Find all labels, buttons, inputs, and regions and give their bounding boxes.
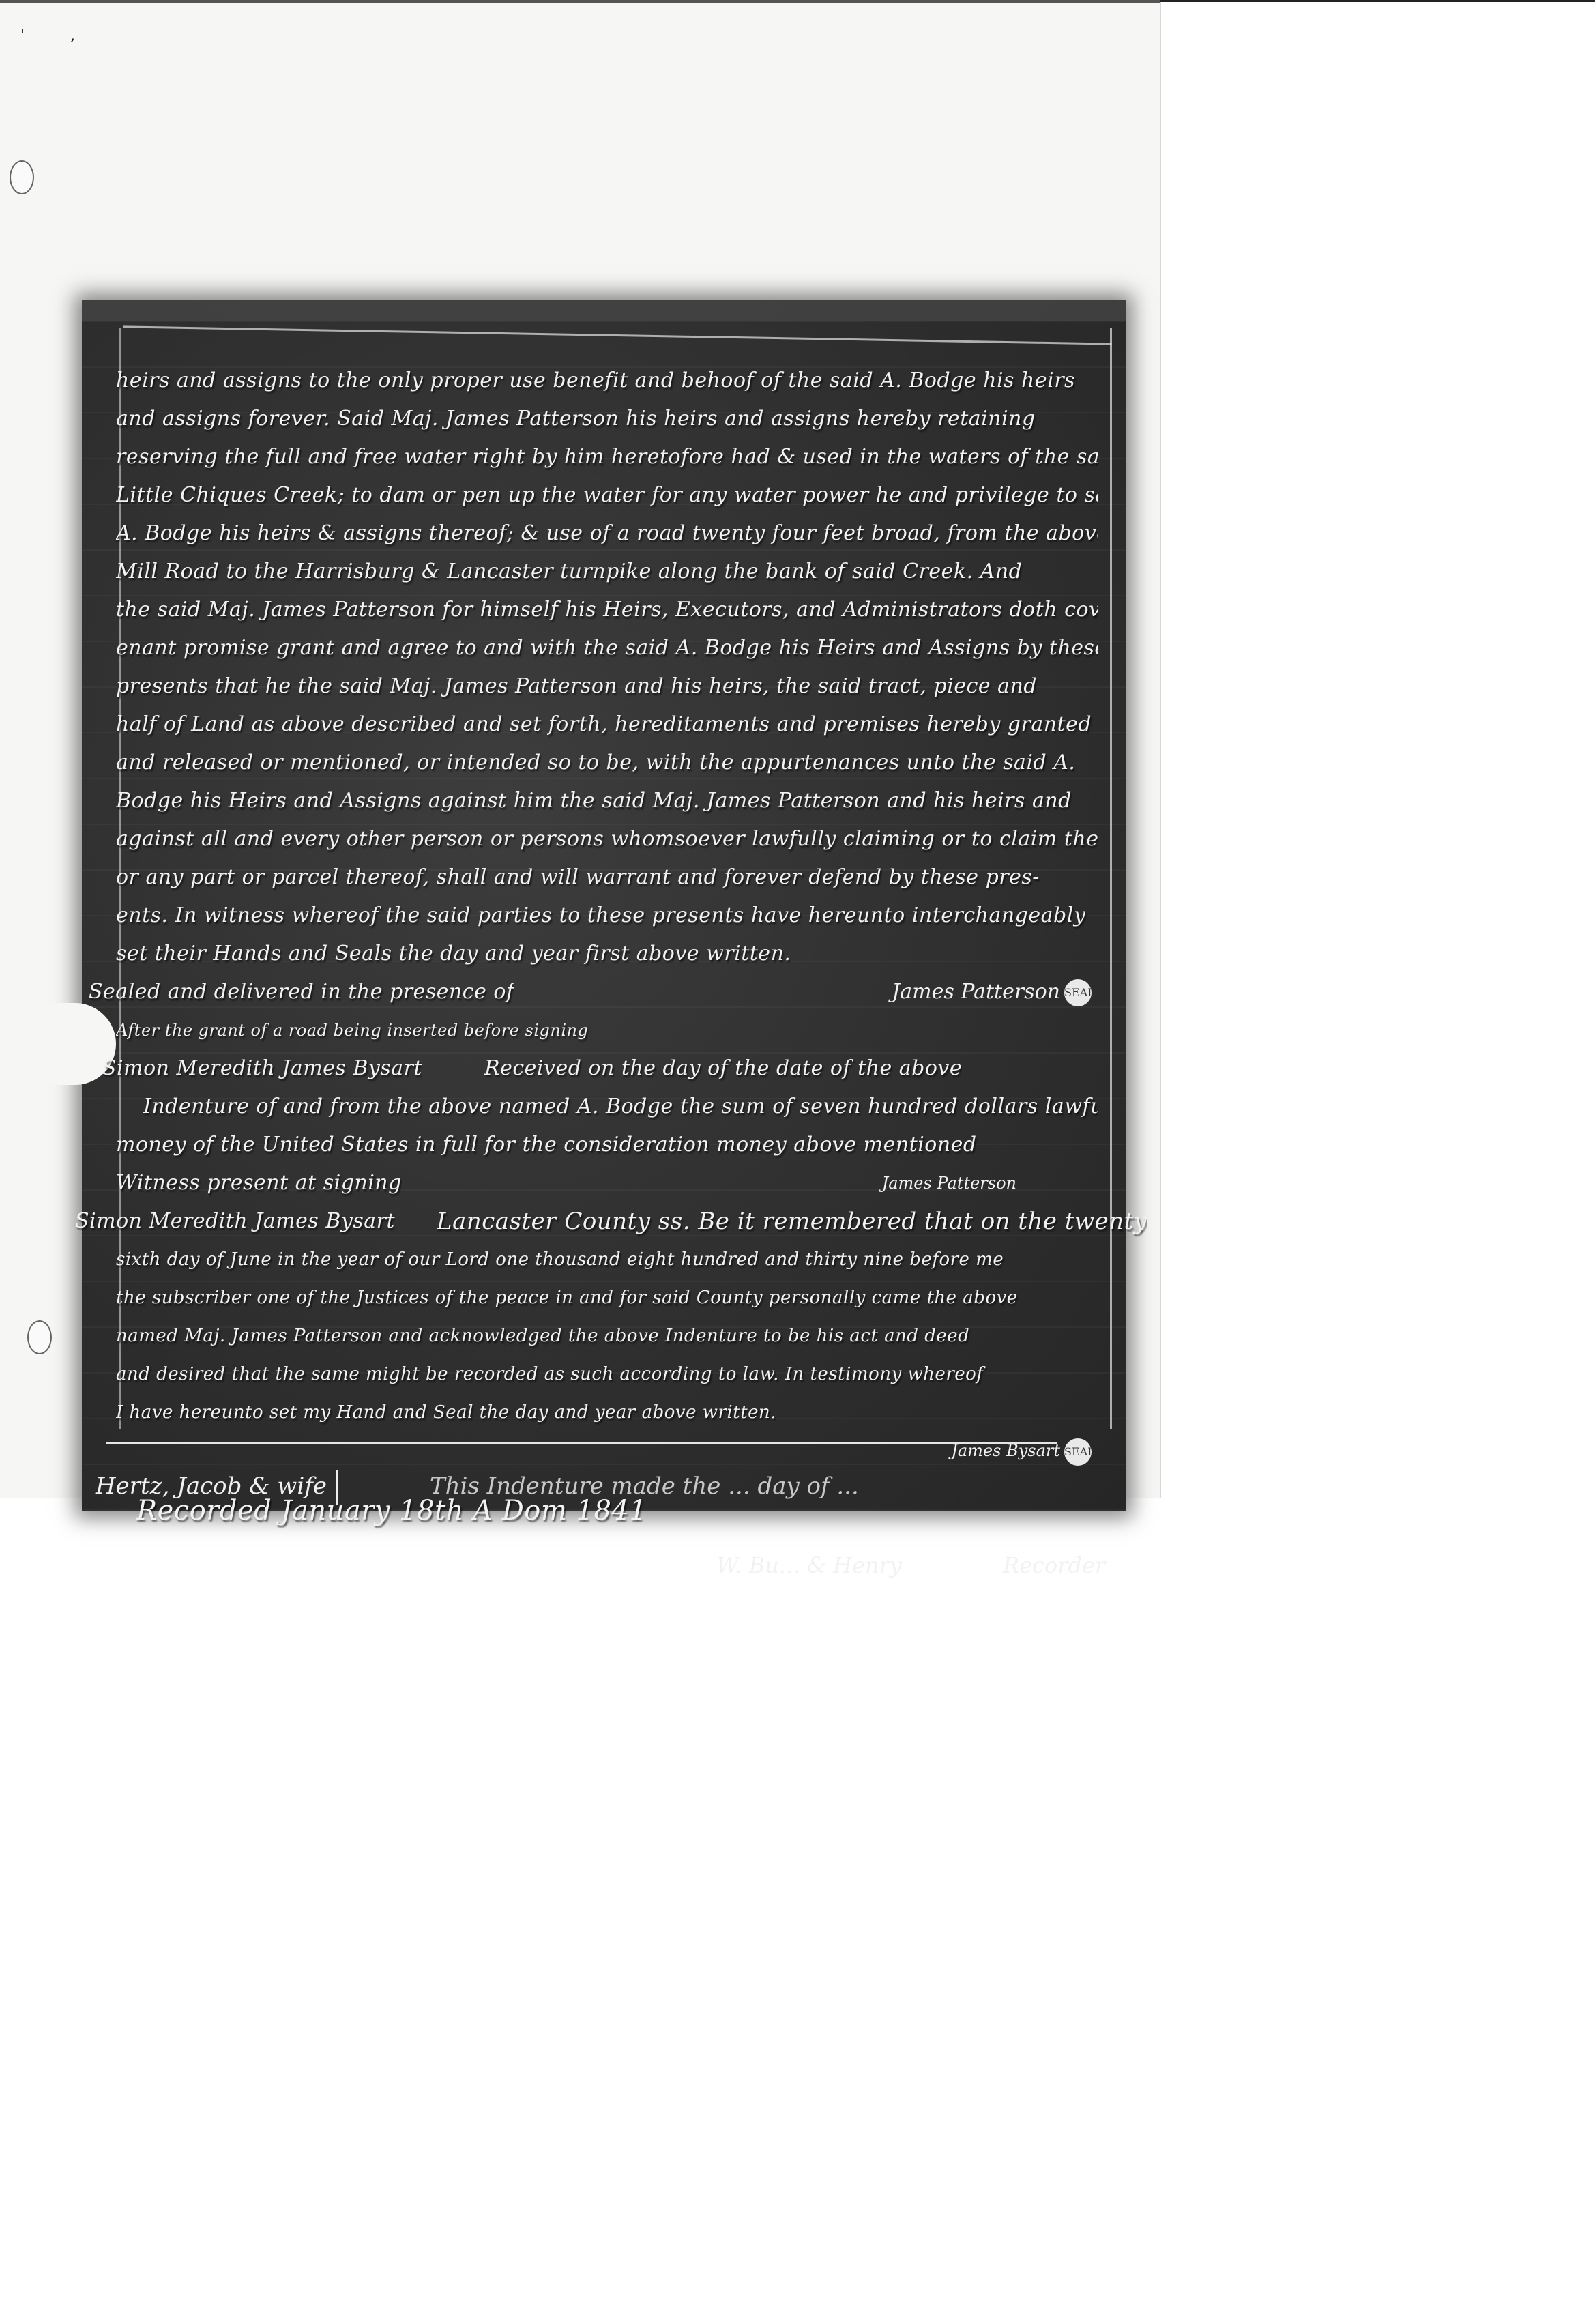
deed-line: and released or mentioned, or intended s… [116, 744, 1098, 782]
acknowledgment-line: the subscriber one of the Justices of th… [116, 1279, 1098, 1317]
receipt-line: Indenture of and from the above named A.… [116, 1088, 1098, 1126]
witness-note: After the grant of a road being inserted… [116, 1011, 1098, 1049]
binder-hole-top [10, 160, 34, 194]
receipt-line: money of the United States in full for t… [116, 1126, 1098, 1164]
deed-line: presents that he the said Maj. James Pat… [116, 667, 1098, 706]
recorder-row: W. Bu... & Henry Recorder [116, 1538, 1098, 1593]
binder-hole-bottom [27, 1320, 52, 1354]
deed-line: set their Hands and Seals the day and ye… [116, 935, 1098, 973]
ruled-margin-right [1110, 328, 1112, 1429]
grantor-signature-row: Sealed and delivered in the presence of … [116, 973, 1098, 1011]
acknowledgment-line: sixth day of June in the year of our Lor… [116, 1240, 1098, 1279]
grantor-name: James Patterson [892, 980, 1060, 1004]
photostat-deed-record: heirs and assigns to the only proper use… [82, 300, 1126, 1511]
recorder-name: W. Bu... & Henry [716, 1538, 902, 1593]
acknowledgment-line: and desired that the same might be recor… [116, 1355, 1098, 1393]
deed-line: half of Land as above described and set … [116, 706, 1098, 744]
scanned-page: ' , heirs and assigns to the only proper… [0, 0, 1161, 1498]
deed-line: against all and every other person or pe… [116, 820, 1098, 858]
grantor-signature: James PattersonSEAL [892, 973, 1092, 1011]
scan-specks: ' , [20, 27, 96, 44]
sealed-delivered-text: Sealed and delivered in the presence of [89, 973, 514, 1011]
next-entry: Hertz, Jacob & wifeThis Indenture made t… [96, 1470, 859, 1505]
deed-line: or any part or parcel thereof, shall and… [116, 858, 1098, 897]
receipt-signature-row: Witness present at signing James Patters… [116, 1164, 1098, 1202]
acknowledgment-line: named Maj. James Patterson and acknowled… [116, 1317, 1098, 1355]
next-entry-start: This Indenture made the ... day of ... [430, 1472, 859, 1500]
seal-icon: SEAL [1064, 979, 1092, 1006]
deed-line: Little Chiques Creek; to dam or pen up t… [116, 476, 1098, 514]
next-entry-names: Hertz, Jacob & wife [96, 1472, 327, 1500]
deed-line: Bodge his Heirs and Assigns against him … [116, 782, 1098, 820]
justice-name: James Bysart [951, 1441, 1060, 1460]
deed-line: A. Bodge his heirs & assigns thereof; & … [116, 514, 1098, 553]
deed-line: heirs and assigns to the only proper use… [116, 362, 1098, 400]
deed-line: reserving the full and free water right … [116, 438, 1098, 476]
witness-row: Simon Meredith James Bysart Received on … [116, 1049, 1098, 1088]
witness-present-text: Witness present at signing [116, 1164, 402, 1202]
deed-line: enant promise grant and agree to and wit… [116, 629, 1098, 667]
justice-signature-row: James BysartSEAL [116, 1432, 1098, 1470]
scanner-edge [1160, 0, 1595, 2]
deed-line: Mill Road to the Harrisburg & Lancaster … [116, 553, 1098, 591]
receipt-line-1: Received on the day of the date of the a… [484, 1049, 962, 1088]
deed-text: heirs and assigns to the only proper use… [116, 362, 1098, 1593]
deed-line: the said Maj. James Patterson for himsel… [116, 591, 1098, 629]
bracket-divider [336, 1470, 338, 1505]
page-top-edge [0, 0, 1160, 3]
recorder-title: Recorder [1003, 1538, 1105, 1593]
ruled-line-top [123, 325, 1112, 345]
deed-line: and assigns forever. Said Maj. James Pat… [116, 400, 1098, 438]
witness-names: Simon Meredith James Bysart [102, 1049, 422, 1088]
acknowledgment-line-1: Lancaster County ss. Be it remembered th… [437, 1202, 1147, 1240]
acknowledgment-line: I have hereunto set my Hand and Seal the… [116, 1393, 1098, 1432]
justice-signature: James BysartSEAL [951, 1432, 1092, 1470]
deed-line: ents. In witness whereof the said partie… [116, 897, 1098, 935]
witness-names-2: Simon Meredith James Bysart [75, 1202, 395, 1240]
receipt-signature: James Patterson [882, 1164, 1016, 1202]
seal-icon: SEAL [1064, 1438, 1092, 1466]
acknowledgment-head-row: Simon Meredith James Bysart Lancaster Co… [116, 1202, 1098, 1240]
